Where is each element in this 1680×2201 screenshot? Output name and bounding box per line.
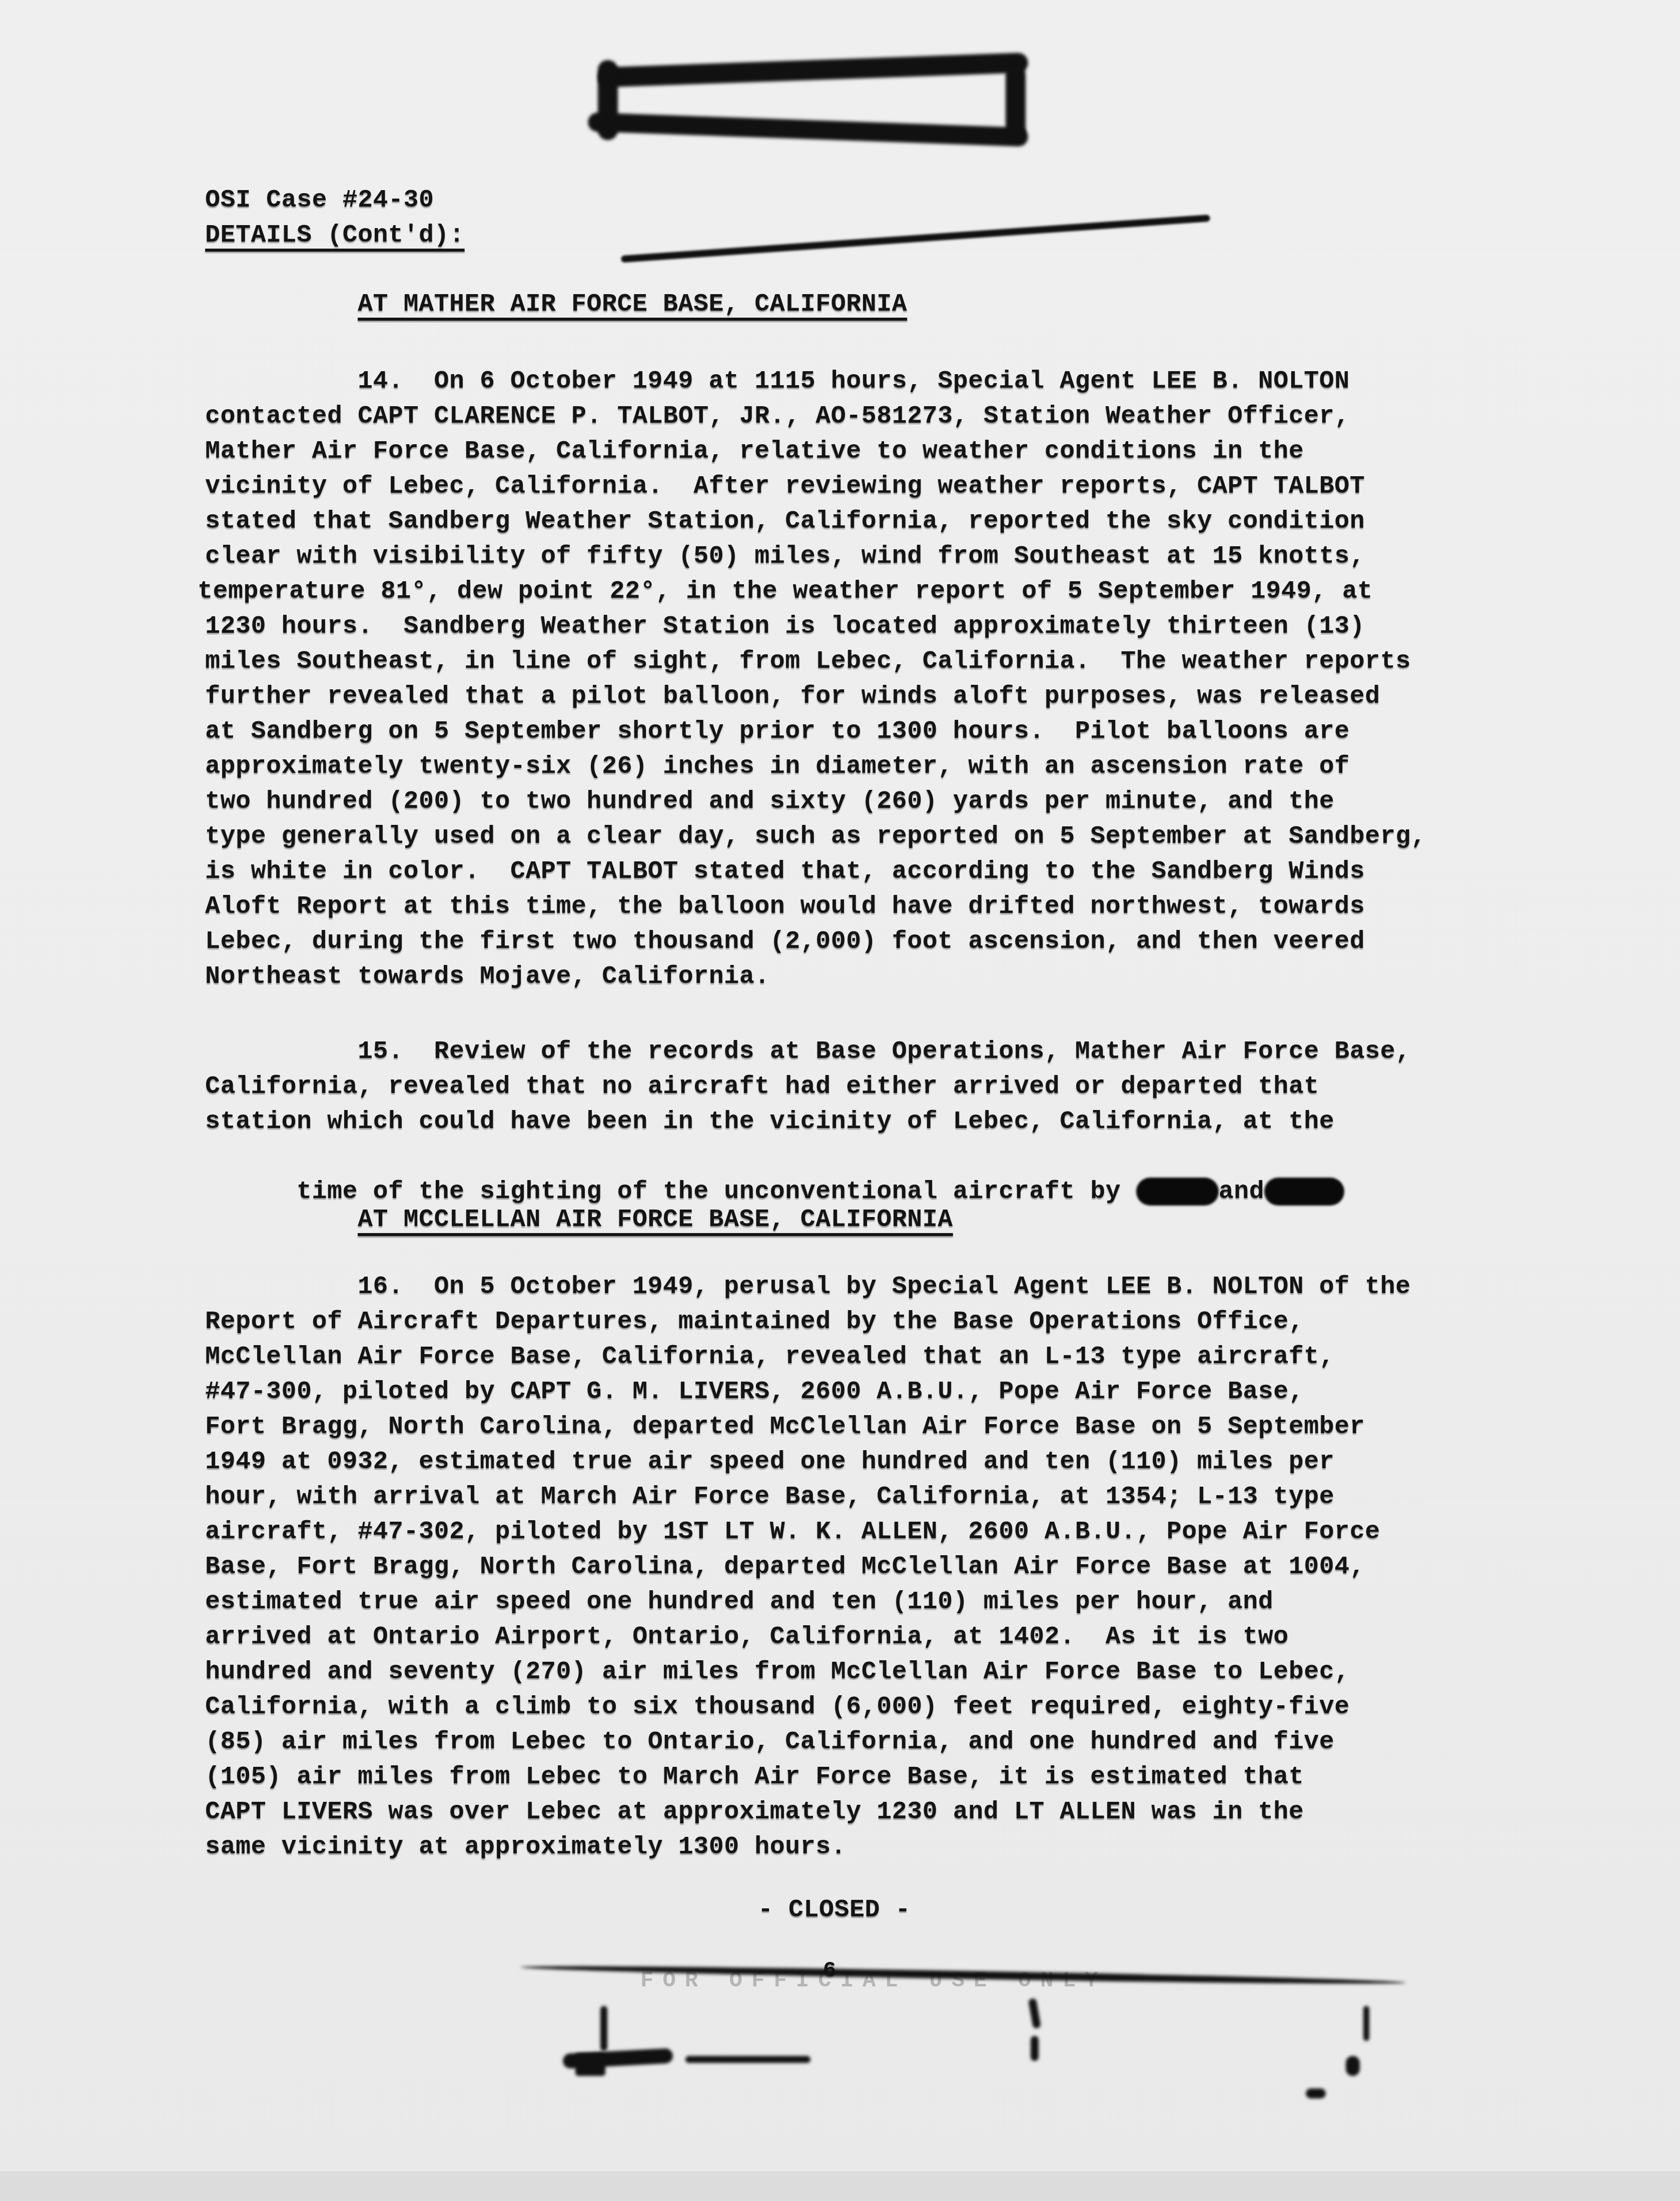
section-heading-mcclellan: AT MCCLELLAN AIR FORCE BASE, CALIFORNIA (358, 1206, 953, 1234)
paragraph-line: clear with visibility of fifty (50) mile… (205, 539, 1365, 574)
paragraph-line: aircraft, #47-302, piloted by 1ST LT W. … (205, 1515, 1380, 1550)
paragraph-line: further revealed that a pilot balloon, f… (205, 679, 1380, 714)
paragraph-line: Lebec, during the first two thousand (2,… (205, 924, 1365, 959)
paragraph-line: (105) air miles from Lebec to March Air … (205, 1760, 1304, 1795)
paragraph-line: California, revealed that no aircraft ha… (205, 1069, 1319, 1105)
paragraph-line: estimated true air speed one hundred and… (205, 1585, 1273, 1620)
paragraph-line: contacted CAPT CLARENCE P. TALBOT, JR., … (205, 399, 1350, 434)
paragraph-line: California, with a climb to six thousand… (205, 1690, 1350, 1725)
paragraph-line: two hundred (200) to two hundred and six… (205, 784, 1334, 819)
paragraph-line: arrived at Ontario Airport, Ontario, Cal… (205, 1620, 1289, 1655)
paragraph-line: Base, Fort Bragg, North Carolina, depart… (205, 1550, 1365, 1585)
paragraph-line: CAPT LIVERS was over Lebec at approximat… (205, 1795, 1304, 1830)
closed-marker: - CLOSED - (758, 1896, 911, 1924)
paragraph-line: McClellan Air Force Base, California, re… (205, 1340, 1334, 1375)
paragraph-line: 14. On 6 October 1949 at 1115 hours, Spe… (358, 364, 1350, 399)
redaction-block (1264, 1178, 1344, 1206)
paragraph-line: 1230 hours. Sandberg Weather Station is … (205, 609, 1365, 644)
paragraph-line: Fort Bragg, North Carolina, departed McC… (205, 1410, 1365, 1445)
paragraph-line: 15. Review of the records at Base Operat… (358, 1034, 1411, 1069)
details-label: DETAILS (Cont'd): (205, 221, 465, 250)
paragraph-line: Mather Air Force Base, California, relat… (205, 434, 1304, 469)
paragraph-line: stated that Sandberg Weather Station, Ca… (205, 504, 1365, 539)
paragraph-line: (85) air miles from Lebec to Ontario, Ca… (205, 1725, 1334, 1760)
paragraph-line: vicinity of Lebec, California. After rev… (205, 469, 1365, 504)
scan-edge (0, 2171, 1680, 2201)
document-page: OSI Case #24-30 DETAILS (Cont'd): AT MAT… (0, 0, 1680, 2201)
paragraph-line: is white in color. CAPT TALBOT stated th… (205, 854, 1365, 889)
paragraph-line-text: time of the sighting of the unconvention… (297, 1178, 1136, 1206)
section-heading-mather: AT MATHER AIR FORCE BASE, CALIFORNIA (358, 290, 907, 319)
paragraph-line: Report of Aircraft Departures, maintaine… (205, 1305, 1304, 1340)
paragraph-line: approximately twenty-six (26) inches in … (205, 749, 1350, 784)
paragraph-line: station which could have been in the vic… (205, 1105, 1334, 1140)
paragraph-line: temperature 81°, dew point 22°, in the w… (198, 574, 1373, 609)
paragraph-line-with-redactions: time of the sighting of the unconvention… (205, 1140, 1344, 1175)
redaction-block (1136, 1178, 1219, 1206)
paragraph-line: miles Southeast, in line of sight, from … (205, 644, 1411, 679)
conjunction-text: and (1219, 1178, 1265, 1206)
paragraph-line: at Sandberg on 5 September shortly prior… (205, 714, 1350, 749)
paragraph-line: type generally used on a clear day, such… (205, 819, 1426, 854)
paragraph-line: Aloft Report at this time, the balloon w… (205, 889, 1365, 924)
paragraph-line: hundred and seventy (270) air miles from… (205, 1655, 1350, 1690)
paragraph-line: 16. On 5 October 1949, perusal by Specia… (358, 1270, 1411, 1305)
paragraph-line: 1949 at 0932, estimated true air speed o… (205, 1445, 1334, 1480)
paragraph-line: #47-300, piloted by CAPT G. M. LIVERS, 2… (205, 1375, 1304, 1410)
paragraph-line: hour, with arrival at March Air Force Ba… (205, 1480, 1334, 1515)
paragraph-line: Northeast towards Mojave, California. (205, 959, 770, 994)
paragraph-line: same vicinity at approximately 1300 hour… (205, 1830, 846, 1865)
case-number: OSI Case #24-30 (205, 186, 434, 215)
